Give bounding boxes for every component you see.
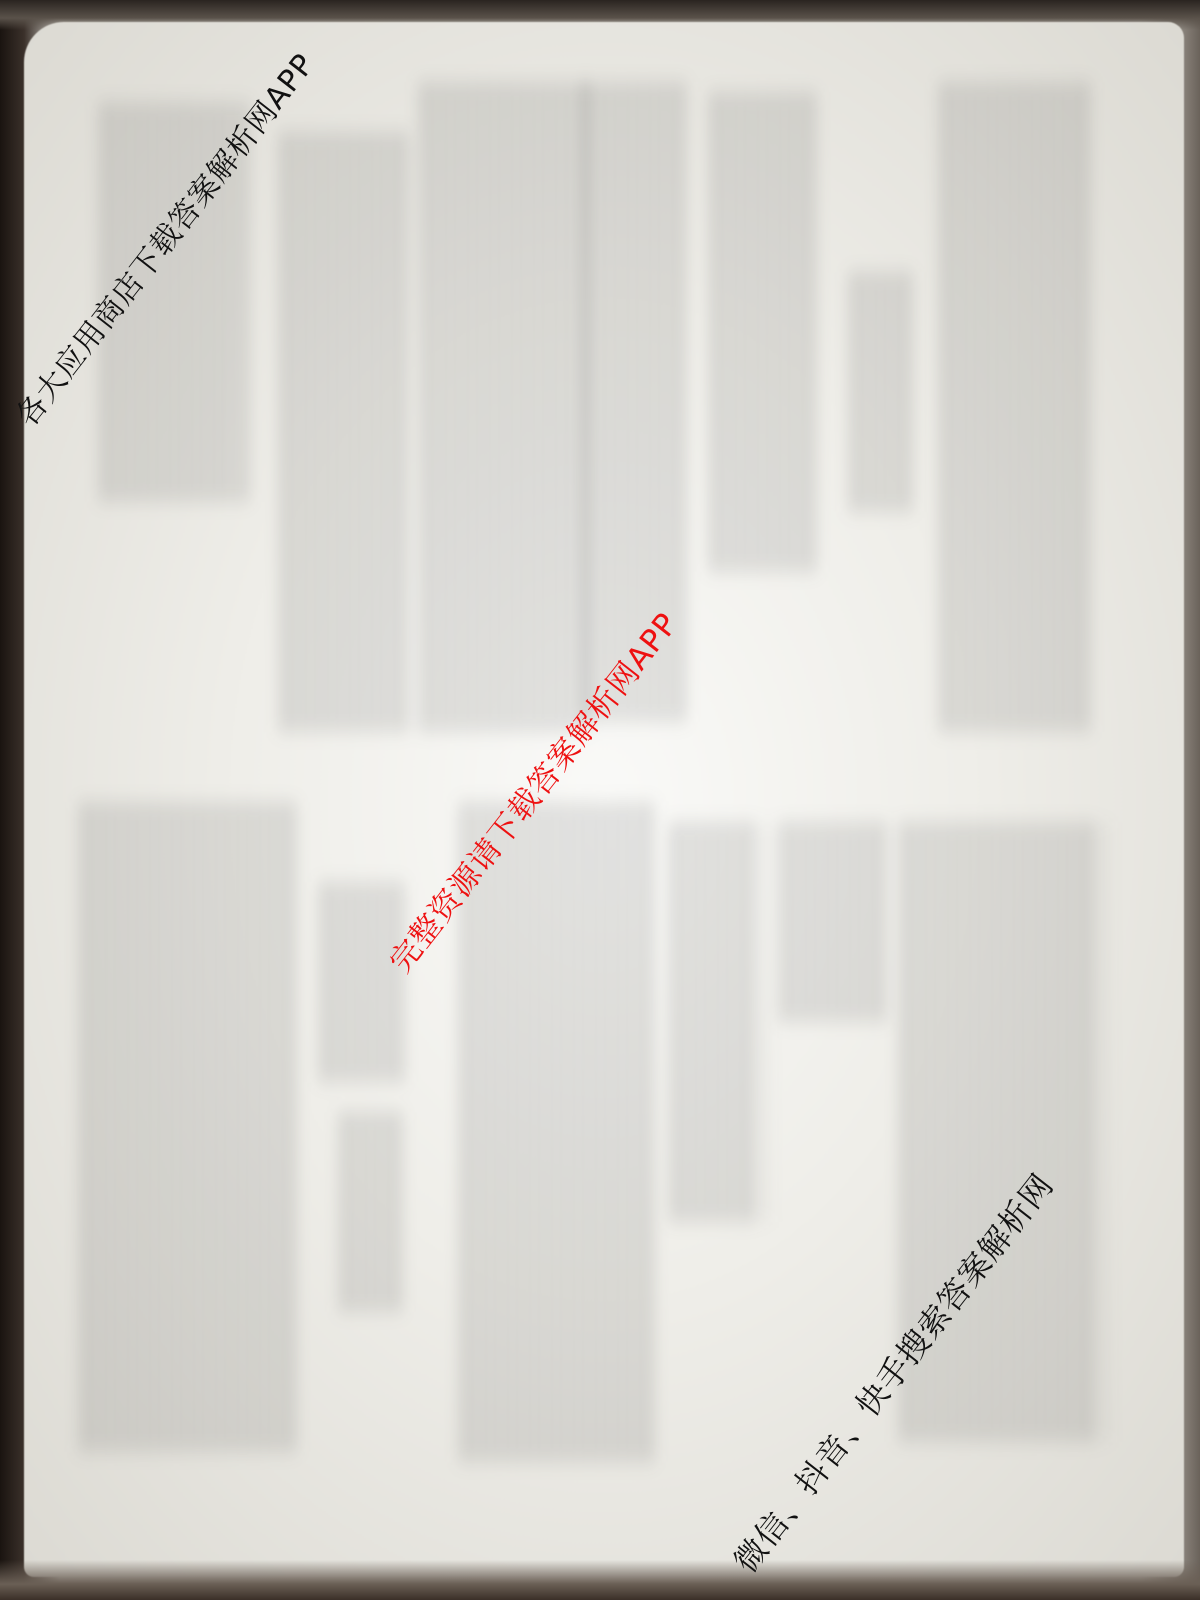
blurred-text-columns	[24, 22, 1184, 1577]
text-block	[84, 802, 304, 1452]
text-block	[854, 272, 914, 512]
text-block	[784, 822, 884, 1022]
text-block	[944, 82, 1094, 732]
text-block	[424, 82, 584, 732]
document-page	[24, 22, 1184, 1577]
photo-frame-bottom-edge	[0, 1560, 1200, 1600]
text-block	[344, 1112, 404, 1312]
text-block	[714, 92, 814, 572]
text-block	[464, 802, 654, 1462]
text-block	[324, 882, 404, 1082]
text-block	[284, 132, 404, 732]
text-block	[674, 822, 764, 1222]
